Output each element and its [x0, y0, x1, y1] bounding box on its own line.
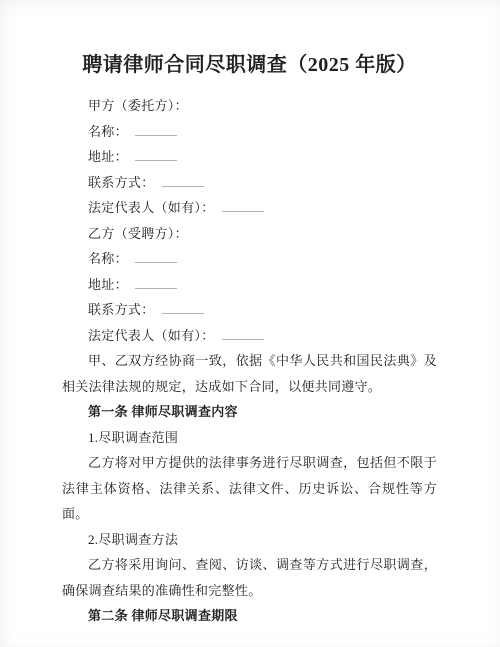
party-a-field-name: 名称：: [62, 119, 437, 145]
party-a-field-contact: 联系方式：: [62, 170, 437, 196]
clause-1-text: 乙方将对甲方提供的法律事务进行尽职调查，包括但不限于法律主体资格、法律关系、法律…: [62, 450, 437, 527]
clause-2-subheading: 2.尽职调查方法: [62, 527, 437, 553]
field-label: 法定代表人（如有）：: [88, 328, 215, 343]
party-a-field-address: 地址：: [62, 144, 437, 170]
fill-in-blank: [222, 199, 264, 212]
field-label: 名称：: [88, 251, 128, 266]
field-label: 法定代表人（如有）：: [88, 200, 215, 215]
party-b-heading: 乙方（受聘方）：: [62, 221, 437, 247]
clause-2-text: 乙方将采用询问、查阅、访谈、调查等方式进行尽职调查，确保调查结果的准确性和完整性…: [62, 552, 437, 603]
clause-1-subheading: 1.尽职调查范围: [62, 425, 437, 451]
document-page: 聘请律师合同尽职调查（2025 年版） 甲方（委托方）： 名称： 地址： 联系方…: [0, 0, 500, 647]
section-2-heading: 第二条 律师尽职调查期限: [62, 603, 437, 629]
preamble-paragraph: 甲、乙双方经协商一致，依据《中华人民共和国民法典》及相关法律法规的规定，达成如下…: [62, 348, 437, 399]
fill-in-blank: [162, 301, 204, 314]
fill-in-blank: [135, 250, 177, 263]
field-label: 地址：: [88, 277, 128, 292]
fill-in-blank: [135, 276, 177, 289]
party-b-field-address: 地址：: [62, 272, 437, 298]
fill-in-blank: [135, 123, 177, 136]
field-label: 地址：: [88, 149, 128, 164]
fill-in-blank: [222, 327, 264, 340]
party-b-field-legal-rep: 法定代表人（如有）：: [62, 323, 437, 349]
section-1-heading: 第一条 律师尽职调查内容: [62, 399, 437, 425]
page-title: 聘请律师合同尽职调查（2025 年版）: [62, 50, 437, 80]
document-content: 聘请律师合同尽职调查（2025 年版） 甲方（委托方）： 名称： 地址： 联系方…: [0, 0, 500, 629]
party-a-heading: 甲方（委托方）：: [62, 93, 437, 119]
party-b-field-name: 名称：: [62, 246, 437, 272]
field-label: 联系方式：: [88, 175, 155, 190]
fill-in-blank: [135, 148, 177, 161]
party-a-field-legal-rep: 法定代表人（如有）：: [62, 195, 437, 221]
field-label: 联系方式：: [88, 302, 155, 317]
field-label: 名称：: [88, 124, 128, 139]
party-b-field-contact: 联系方式：: [62, 297, 437, 323]
fill-in-blank: [162, 174, 204, 187]
